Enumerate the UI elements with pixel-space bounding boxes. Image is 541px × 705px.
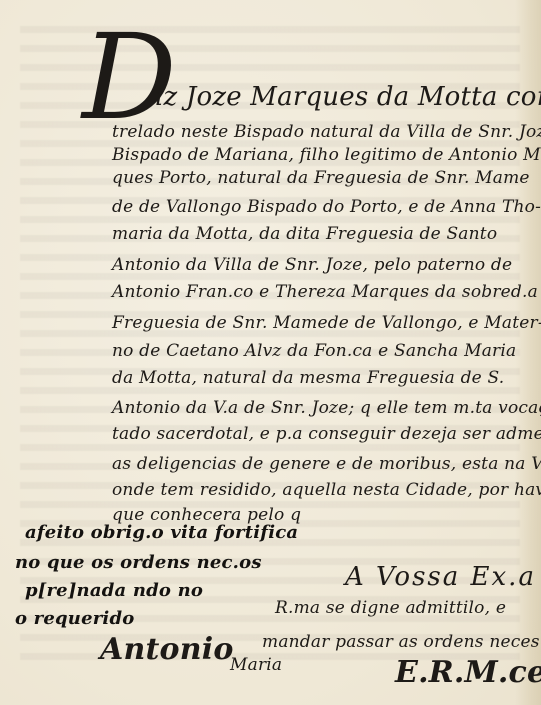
body-line-1: trelado neste Bispado natural da Villa d… xyxy=(112,122,541,142)
body-line-11: Antonio da V.a de Snr. Joze; q elle tem … xyxy=(112,398,541,418)
decorative-initial: D xyxy=(82,18,177,136)
body-line-5: maria da Motta, da dita Freguesia de San… xyxy=(112,224,497,244)
body-line-10: da Motta, natural da mesma Freguesia de … xyxy=(112,368,504,388)
closing-formula: E.R.M.ce xyxy=(395,655,541,690)
margin-note-line-3: p[re]nada ndo no xyxy=(25,580,203,601)
body-line-8: Freguesia de Snr. Mamede de Vallongo, e … xyxy=(112,313,541,333)
margin-note-line-2: no que os ordens nec.os xyxy=(15,552,262,573)
closing-address: A Vossa Ex.a xyxy=(345,562,536,592)
body-line-2: Bispado de Mariana, filho legitimo de An… xyxy=(112,145,541,165)
signature-name: Antonio xyxy=(100,632,234,667)
body-line-9: no de Caetano Alvz da Fon.ca e Sancha Ma… xyxy=(112,341,516,361)
closing-line-2: R.ma se digne admittilo, e xyxy=(275,598,506,618)
body-line-7: Antonio Fran.co e Thereza Marques da sob… xyxy=(112,282,538,302)
body-line-12: tado sacerdotal, e p.a conseguir dezeja … xyxy=(112,424,541,444)
margin-note-line-4: o requerido xyxy=(15,608,134,629)
body-line-3: ques Porto, natural da Freguesia de Snr.… xyxy=(112,168,530,188)
manuscript-page: D iz Joze Marques da Motta compa trelado… xyxy=(0,0,541,705)
body-line-14: onde tem residido, aquella nesta Cidade,… xyxy=(112,480,541,500)
closing-line-3: mandar passar as ordens neces xyxy=(262,632,540,652)
body-line-6: Antonio da Villa de Snr. Joze, pelo pate… xyxy=(112,255,512,275)
margin-note-line-1: afeito obrig.o vita fortifica xyxy=(25,522,298,543)
body-line-4: de de Vallongo Bispado do Porto, e de An… xyxy=(112,197,541,217)
body-line-13: as deligencias de genere e de moribus, e… xyxy=(112,454,541,474)
signature-second: Maria xyxy=(230,655,282,675)
opening-line: iz Joze Marques da Motta compa xyxy=(155,82,541,112)
